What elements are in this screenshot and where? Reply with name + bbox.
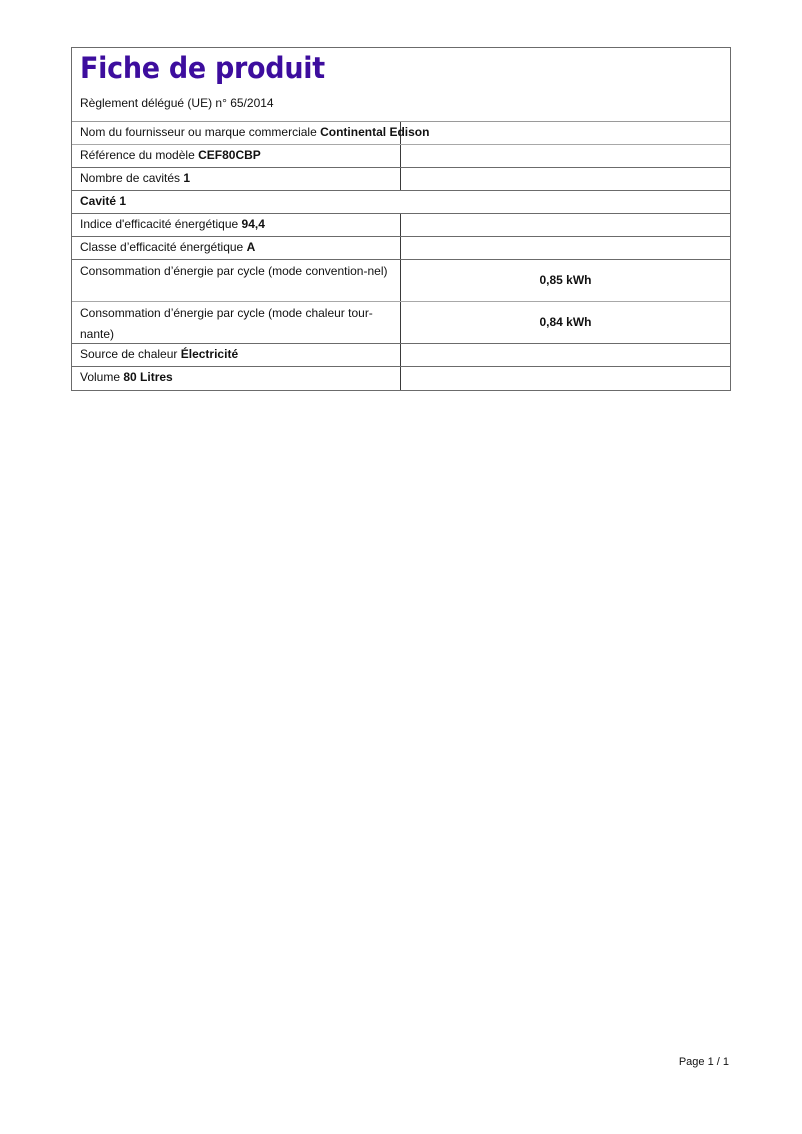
row-energy-class: Classe d’efficacité énergétique A bbox=[72, 237, 730, 260]
cavity-section-heading: Cavité 1 bbox=[72, 191, 730, 213]
row-value-cell bbox=[401, 367, 730, 390]
consumption-conventional-value: 0,85 kWh bbox=[401, 260, 730, 301]
row-cavity-count: Nombre de cavités 1 bbox=[72, 168, 730, 191]
model-reference-value: CEF80CBP bbox=[198, 148, 261, 162]
row-value-cell bbox=[401, 344, 730, 366]
page-number: Page 1 / 1 bbox=[679, 1056, 729, 1068]
row-value-cell bbox=[401, 168, 730, 190]
supplier-value: Continental Edison bbox=[320, 125, 429, 139]
row-consumption-conventional: Consommation d’énergie par cycle (mode c… bbox=[72, 260, 730, 302]
sheet-header: Fiche de produit Règlement délégué (UE) … bbox=[72, 48, 730, 122]
row-label: Volume 80 Litres bbox=[72, 367, 401, 390]
cavity-count-value: 1 bbox=[183, 171, 190, 185]
row-consumption-fan: Consommation d’énergie par cycle (mode c… bbox=[72, 302, 730, 344]
row-label: Source de chaleur Électricité bbox=[72, 344, 401, 366]
energy-class-value: A bbox=[247, 240, 256, 254]
page-title: Fiche de produit bbox=[80, 51, 325, 85]
energy-class-label: Classe d’efficacité énergétique bbox=[80, 240, 243, 254]
heat-source-label: Source de chaleur bbox=[80, 347, 177, 361]
product-sheet: Fiche de produit Règlement délégué (UE) … bbox=[71, 47, 731, 391]
row-value-cell bbox=[401, 122, 730, 144]
row-label: Classe d’efficacité énergétique A bbox=[72, 237, 401, 259]
row-label: Référence du modèle CEF80CBP bbox=[72, 145, 401, 167]
row-energy-index: Indice d'efficacité énergétique 94,4 bbox=[72, 214, 730, 237]
model-reference-label: Référence du modèle bbox=[80, 148, 195, 162]
energy-index-label: Indice d'efficacité énergétique bbox=[80, 217, 238, 231]
supplier-label: Nom du fournisseur ou marque commerciale bbox=[80, 125, 317, 139]
row-label: Nombre de cavités 1 bbox=[72, 168, 401, 190]
regulation-reference: Règlement délégué (UE) n° 65/2014 bbox=[80, 96, 274, 110]
row-heat-source: Source de chaleur Électricité bbox=[72, 344, 730, 367]
row-label: Indice d'efficacité énergétique 94,4 bbox=[72, 214, 401, 236]
cavity-count-label: Nombre de cavités bbox=[80, 171, 180, 185]
consumption-conventional-label: Consommation d’énergie par cycle (mode c… bbox=[72, 260, 401, 301]
row-cavity-section: Cavité 1 bbox=[72, 191, 730, 214]
consumption-fan-label: Consommation d’énergie par cycle (mode c… bbox=[72, 302, 401, 343]
consumption-fan-value: 0,84 kWh bbox=[401, 302, 730, 343]
row-supplier: Nom du fournisseur ou marque commerciale… bbox=[72, 122, 730, 145]
row-label: Nom du fournisseur ou marque commerciale… bbox=[72, 122, 401, 144]
energy-index-value: 94,4 bbox=[242, 217, 265, 231]
row-value-cell bbox=[401, 214, 730, 236]
row-volume: Volume 80 Litres bbox=[72, 367, 730, 390]
heat-source-value: Électricité bbox=[181, 347, 238, 361]
row-value-cell bbox=[401, 145, 730, 167]
row-model-reference: Référence du modèle CEF80CBP bbox=[72, 145, 730, 168]
volume-value: 80 Litres bbox=[123, 370, 172, 384]
row-value-cell bbox=[401, 237, 730, 259]
volume-label: Volume bbox=[80, 370, 120, 384]
